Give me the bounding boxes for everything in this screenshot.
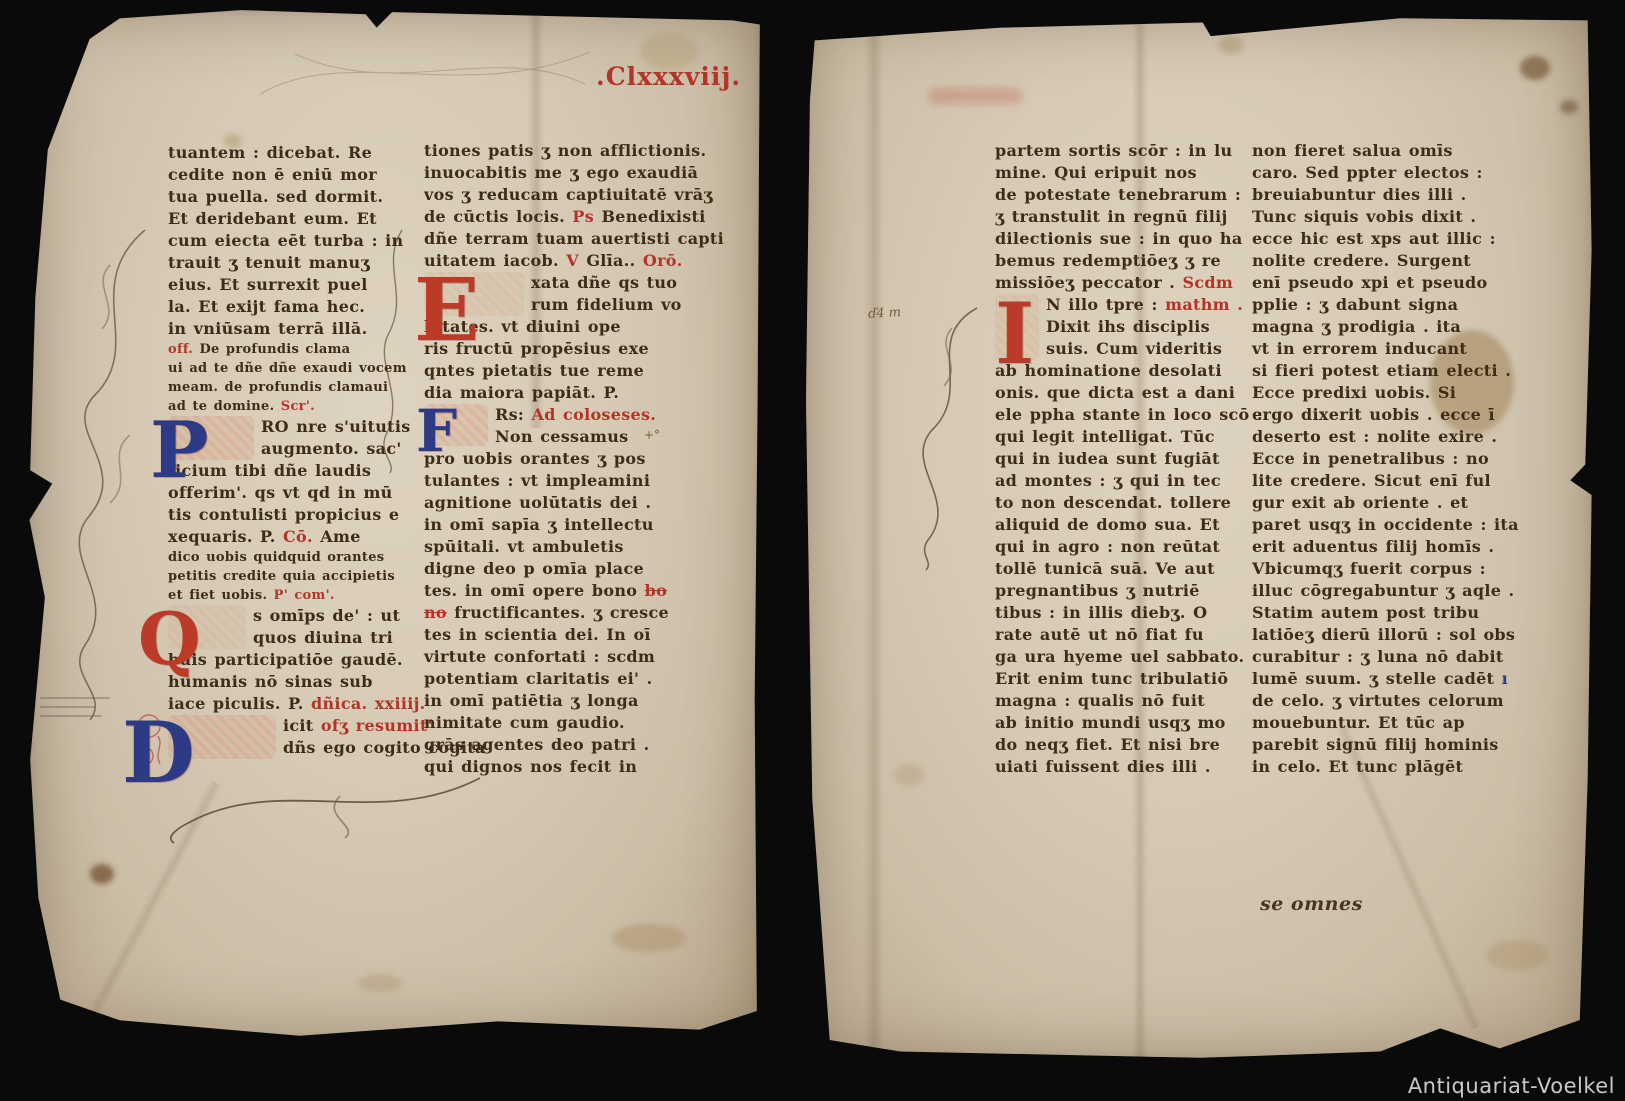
stain [612,924,686,952]
crease [88,780,222,1016]
text-segment: dico uobis quidquid orantes [168,550,384,565]
text-line: pregnantibus ʒ nutriē [995,580,1290,602]
text-segment: Et deridebant eum. Et [168,209,377,228]
text-line: tes. in omī opere bono bo [424,580,716,602]
text-segment: bemus redemptiōeʒ ʒ re [995,251,1221,270]
gloss-stroke [40,697,110,699]
text-line: lite credere. Sicut enī ful [1252,470,1544,492]
text-segment: Vbicumqʒ fuerit corpus : [1252,559,1486,578]
stain [358,974,402,992]
illuminated-initial: E [424,272,524,316]
stain [1560,100,1578,114]
text-line: off. De profundis clama [168,340,454,359]
text-line: latiōeʒ dierū illorū : sol obs [1252,624,1544,646]
text-line: Vbicumqʒ fuerit corpus : [1252,558,1544,580]
text-segment: ga ura hyeme uel sabbato. [995,647,1244,666]
text-line: iace piculis. P. dñica. xxiiij. [168,693,454,715]
text-segment: pplie : ʒ dabunt signa [1252,295,1458,314]
text-segment: in omī patiētia ʒ longa [424,691,639,710]
text-line: nimitate cum gaudio. [424,712,716,734]
text-line: enī pseudo xpi et pseudo [1252,272,1544,294]
text-segment: xequaris. P. [168,527,283,546]
text-line: partem sortis scōr : in lu [995,140,1290,162]
text-segment: no [424,603,447,622]
text-segment: de potestate tenebrarum : [995,185,1241,204]
text-line: FRs: Ad coloseses. [424,404,716,426]
text-line: grās agentes deo patri . [424,734,716,756]
text-segment: uiati fuissent dies illi . [995,757,1211,776]
text-line: offerim'. qs vt qd in mū [168,482,454,504]
text-line: non fieret salua omīs [1252,140,1544,162]
text-segment: cedite non ē eniū mor [168,165,377,184]
text-line: ab hominatione desolati [995,360,1290,382]
text-line: pro uobis orantes ʒ pos [424,448,716,470]
text-segment: in celo. Et tunc plāgēt [1252,757,1463,776]
text-segment: Cō. [283,527,320,546]
text-line: Exata dñe qs tuo [424,272,716,294]
text-segment: magna : qualis nō fuit [995,691,1205,710]
text-line: parebit signū filij hominis [1252,734,1544,756]
left-page-column-1: tuantem : dicebat. Recedite non ē eniū m… [168,142,454,759]
text-line: Dicit ofʒ resumit' [168,715,454,737]
text-line: paret usqʒ in occidente : ita [1252,514,1544,536]
text-segment: Glīa.. [586,251,643,270]
text-segment: Scr'. [281,399,315,414]
text-line: tollē tunicā suā. Ve aut [995,558,1290,580]
text-segment: aliquid de domo sua. Et [995,515,1220,534]
right-page-column-1: partem sortis scōr : in lumine. Qui erip… [995,140,1290,778]
text-segment: la. Et exijt fama hec. [168,297,365,316]
text-segment: curabitur : ʒ luna nō dabit [1252,647,1504,666]
text-line: buis participatiōe gaudē. [168,649,454,671]
text-segment: mouebuntur. Et tūc ap [1252,713,1465,732]
text-line: cum eiecta eēt turba : in [168,230,454,252]
text-segment: Scdm [1183,273,1234,292]
text-line: caro. Sed ppter electos : [1252,162,1544,184]
margin-annotation: ď4 m [868,305,902,322]
text-segment: tes. in omī opere bono [424,581,645,600]
text-line: in omī sapīa ʒ intellectu [424,514,716,536]
text-segment: nolite credere. Surgent [1252,251,1471,270]
text-segment: bo [645,581,667,600]
text-segment: virtute confortati : scdm [424,647,655,666]
text-segment: digne deo p omīa place [424,559,644,578]
illuminated-initial: P [168,416,254,460]
text-line: meam. de profundis clamaui [168,378,454,397]
text-segment: qntes pietatis tue reme [424,361,644,380]
text-segment: Benedixisti [601,207,705,226]
text-line: ficium tibi dñe laudis [168,460,454,482]
text-line: Dixit ihs disciplis [995,316,1290,338]
text-segment: ab initio mundi usqʒ mo [995,713,1226,732]
text-line: to non descendat. tollere [995,492,1290,514]
text-segment: non fieret salua omīs [1252,141,1453,160]
text-segment: RO nre s'uitutis [261,417,411,436]
stain [90,864,114,884]
text-segment: partem sortis scōr : in lu [995,141,1232,160]
text-line: si fieri potest etiam electi . [1252,360,1544,382]
text-line: ele ppha stante in loco scō : [995,404,1290,426]
text-line: curabitur : ʒ luna nō dabit [1252,646,1544,668]
text-line: ui ad te dñe dñe exaudi vocem [168,359,454,378]
illuminated-initial: D [168,715,276,759]
text-line: et fiet uobis. P' com'. [168,586,454,605]
text-segment: Non cessamus [495,427,628,446]
text-segment: meam. de profundis clamaui [168,380,388,395]
text-segment: tollē tunicā suā. Ve aut [995,559,1215,578]
text-segment: to non descendat. tollere [995,493,1231,512]
text-line: onis. que dicta est a dani [995,382,1290,404]
text-segment: petitis credite quia accipietis [168,569,395,584]
text-line: ʒ transtulit in regnū filij [995,206,1290,228]
text-line: do neqʒ fiet. Et nisi bre [995,734,1290,756]
text-segment: Ame [320,527,360,546]
text-line: digne deo p omīa place [424,558,716,580]
text-segment: vt in errorem inducant [1252,339,1467,358]
initial-letter: F [416,402,457,460]
illuminated-initial: Q [168,605,246,649]
text-line: Ecce in penetralibus : no [1252,448,1544,470]
text-line: mine. Qui eripuit nos [995,162,1290,184]
text-line: qui dignos nos fecit in [424,756,716,778]
text-line: PRO nre s'uitutis [168,416,454,438]
text-segment: ergo dixerit uobis . ecce ī [1252,405,1495,424]
text-line: deserto est : nolite exire . [1252,426,1544,448]
text-segment: do neqʒ fiet. Et nisi bre [995,735,1220,754]
text-segment: parebit signū filij hominis [1252,735,1499,754]
text-line: ad te domine. Scr'. [168,397,454,416]
text-line: pplie : ʒ dabunt signa [1252,294,1544,316]
text-segment: pregnantibus ʒ nutriē [995,581,1200,600]
text-segment: rate autē ut nō fiat fu [995,625,1204,644]
text-line: erit aduentus filij homīs . [1252,536,1544,558]
text-segment: tis contulisti propicius e [168,505,399,524]
text-line: rate autē ut nō fiat fu [995,624,1290,646]
text-line: xequaris. P. Cō. Ame [168,526,454,548]
text-segment: Statim autem post tribu [1252,603,1479,622]
text-segment: spūitali. vt ambuletis [424,537,624,556]
text-line: petitis credite quia accipietis [168,567,454,586]
text-segment: gur exit ab oriente . et [1252,493,1468,512]
text-line: cedite non ē eniū mor [168,164,454,186]
text-line: ergo dixerit uobis . ecce ī [1252,404,1544,426]
text-line: in vniūsam terrā illā. [168,318,454,340]
text-line: la. Et exijt fama hec. [168,296,454,318]
text-segment: in vniūsam terrā illā. [168,319,367,338]
text-segment: tuantem : dicebat. Re [168,143,372,162]
text-line: illuc cōgregabuntur ʒ aqle . [1252,580,1544,602]
text-line: suis. Cum videritis [995,338,1290,360]
stain [894,764,924,786]
text-line: de cūctis locis. Ps Benedixisti [424,206,716,228]
initial-letter: P [150,412,209,490]
text-line: ecce hic est xps aut illic : [1252,228,1544,250]
text-segment: suis. Cum videritis [1046,339,1222,358]
text-segment: Ecce predixi uobis. Si [1252,383,1456,402]
text-segment: tua puella. sed dormit. [168,187,383,206]
text-segment: Ps [572,207,601,226]
text-line: agnitione uolūtatis dei . [424,492,716,514]
text-line: humanis nō sinas sub [168,671,454,693]
text-segment: breuiabuntur dies illi . [1252,185,1467,204]
text-segment: mathm . [1165,295,1243,314]
text-segment: tulantes : vt impleamini [424,471,650,490]
text-segment: N illo tpre : [1046,295,1165,314]
text-segment: inuocabitis me ʒ ego exaudiā [424,163,698,182]
text-segment: lumē suum. ʒ stelle cadēt [1252,669,1502,688]
text-line: tulantes : vt impleamini [424,470,716,492]
text-line: qui legit intelligat. Tūc [995,426,1290,448]
stain [1486,940,1548,970]
text-segment: de cūctis locis. [424,207,572,226]
text-segment: caro. Sed ppter electos : [1252,163,1483,182]
text-line: Tunc siquis vobis dixit . [1252,206,1544,228]
text-line: mouebuntur. Et tūc ap [1252,712,1544,734]
text-segment: Dixit ihs disciplis [1046,317,1210,336]
text-line: qui in iudea sunt fugiāt [995,448,1290,470]
text-segment: onis. que dicta est a dani [995,383,1235,402]
text-segment: De profundis clama [199,342,350,357]
text-line: inuocabitis me ʒ ego exaudiā [424,162,716,184]
text-line: in omī patiētia ʒ longa [424,690,716,712]
text-line: de potestate tenebrarum : [995,184,1290,206]
text-line: no fructificantes. ʒ cresce [424,602,716,624]
manuscript-photo: tuantem : dicebat. Recedite non ē eniū m… [0,0,1625,1101]
text-line: nolite credere. Surgent [1252,250,1544,272]
text-segment: off. [168,342,199,357]
text-segment: ad montes : ʒ qui in tec [995,471,1221,490]
text-line: dñe terram tuam auertisti capti [424,228,716,250]
text-segment: augmento. sac' [261,439,402,458]
text-line: dia maiora papiāt. P. [424,382,716,404]
text-segment: illuc cōgregabuntur ʒ aqle . [1252,581,1514,600]
illuminated-initial: F [424,404,488,446]
text-segment: qui dignos nos fecit in [424,757,637,776]
text-line: ab initio mundi usqʒ mo [995,712,1290,734]
text-segment: si fieri potest etiam electi . [1252,361,1511,380]
watermark: Antiquariat-Voelkel [1408,1074,1615,1098]
text-segment: ʒ transtulit in regnū filij [995,207,1228,226]
text-line: de celo. ʒ virtutes celorum [1252,690,1544,712]
illuminated-initial: I [995,294,1039,360]
text-line: lumē suum. ʒ stelle cadēt ı [1252,668,1544,690]
text-segment: vos ʒ reducam captiuitatē vrāʒ [424,185,713,204]
text-segment: latiōeʒ dierū illorū : sol obs [1252,625,1515,644]
text-line: aliquid de domo sua. Et [995,514,1290,536]
gloss-stroke [40,706,95,708]
gloss-stroke [40,715,102,717]
text-line: spūitali. vt ambuletis [424,536,716,558]
text-line: qntes pietatis tue reme [424,360,716,382]
text-segment: icit [283,716,321,735]
text-line: Qs omīps de' : ut [168,605,454,627]
text-segment: qui legit intelligat. Tūc [995,427,1215,446]
text-line: tis contulisti propicius e [168,504,454,526]
text-line: breuiabuntur dies illi . [1252,184,1544,206]
text-line: Statim autem post tribu [1252,602,1544,624]
catchword: se omnes [1260,893,1363,915]
text-line: in celo. Et tunc plāgēt [1252,756,1544,778]
text-segment: tibus : in illis diebʒ. O [995,603,1207,622]
text-segment: mine. Qui eripuit nos [995,163,1197,182]
text-segment: Ad coloseses. [531,405,656,424]
text-segment: ui ad te dñe dñe exaudi vocem [168,361,407,376]
right-page-column-2: non fieret salua omīscaro. Sed ppter ele… [1252,140,1544,778]
text-segment: cum eiecta eēt turba : in [168,231,403,250]
text-segment: agnitione uolūtatis dei . [424,493,651,512]
text-segment: deserto est : nolite exire . [1252,427,1497,446]
text-line: Et deridebant eum. Et [168,208,454,230]
text-segment: magna ʒ prodigia . ita [1252,317,1461,336]
text-line: dico uobis quidquid orantes [168,548,454,567]
folio-number: .Clxxxviij. [596,62,741,91]
text-segment: buis participatiōe gaudē. [168,650,403,669]
text-segment: in omī sapīa ʒ intellectu [424,515,654,534]
text-segment: enī pseudo xpi et pseudo [1252,273,1487,292]
text-line: vos ʒ reducam captiuitatē vrāʒ [424,184,716,206]
stain [1520,56,1550,80]
text-segment: ı [1502,669,1508,688]
text-line: tiones patis ʒ non afflictionis. [424,140,716,162]
text-line: dilectionis sue : in quo ha [995,228,1290,250]
ink-bleedthrough [928,88,1023,104]
text-line: ga ura hyeme uel sabbato. [995,646,1290,668]
text-segment: grās agentes deo patri . [424,735,649,754]
text-line: tibus : in illis diebʒ. O [995,602,1290,624]
text-line: trauit ʒ tenuit manuʒ [168,252,454,274]
text-line: tuantem : dicebat. Re [168,142,454,164]
text-segment: trauit ʒ tenuit manuʒ [168,253,370,272]
text-segment: quos diuina tri [253,628,393,647]
text-segment: s omīps de' : ut [253,606,400,625]
text-line: Ecce predixi uobis. Si [1252,382,1544,404]
initial-letter: Q [138,603,201,675]
text-segment: Ecce in penetralibus : no [1252,449,1489,468]
text-segment: tiones patis ʒ non afflictionis. [424,141,706,160]
text-segment: Orō. [643,251,683,270]
text-segment: qui in agro : non reūtat [995,537,1220,556]
text-line: potentiam claritatis ei' . [424,668,716,690]
text-segment: nimitate cum gaudio. [424,713,625,732]
marginal-gloss [40,690,110,724]
text-segment: qui in iudea sunt fugiāt [995,449,1220,468]
text-segment: erit aduentus filij homīs . [1252,537,1494,556]
text-segment: P' com'. [274,588,335,603]
initial-letter: D [122,711,195,795]
text-segment: Rs: [495,405,531,424]
text-segment: Erit enim tunc tribulatiō [995,669,1228,688]
text-segment: ofʒ resumit' [321,716,433,735]
text-segment: de celo. ʒ virtutes celorum [1252,691,1504,710]
text-line: magna ʒ prodigia . ita [1252,316,1544,338]
text-segment: potentiam claritatis ei' . [424,669,653,688]
text-line: virtute confortati : scdm [424,646,716,668]
text-line: missiōeʒ peccator . Scdm [995,272,1290,294]
text-segment: fructificantes. ʒ cresce [447,603,669,622]
text-segment: Tunc siquis vobis dixit . [1252,207,1476,226]
text-segment: ele ppha stante in loco scō : [995,405,1263,424]
initial-letter: E [414,268,480,354]
text-segment: tes in scientia dei. In oī [424,625,651,644]
text-line: uiati fuissent dies illi . [995,756,1290,778]
text-segment: dñe terram tuam auertisti capti [424,229,724,248]
stain [1218,36,1244,54]
text-line: bemus redemptiōeʒ ʒ re [995,250,1290,272]
text-line: tes in scientia dei. In oī [424,624,716,646]
text-line: tua puella. sed dormit. [168,186,454,208]
text-line: eius. Et surrexit puel [168,274,454,296]
margin-mark: +° [644,428,660,442]
text-segment: dilectionis sue : in quo ha [995,229,1243,248]
text-segment: lite credere. Sicut enī ful [1252,471,1491,490]
left-page-column-2: tiones patis ʒ non afflictionis.inuocabi… [424,140,716,778]
text-segment: dñica. xxiiij. [311,694,426,713]
text-line: magna : qualis nō fuit [995,690,1290,712]
initial-letter: I [995,292,1035,376]
text-line: ad montes : ʒ qui in tec [995,470,1290,492]
text-line: qui in agro : non reūtat [995,536,1290,558]
text-line: gur exit ab oriente . et [1252,492,1544,514]
text-line: vt in errorem inducant [1252,338,1544,360]
text-segment: ecce hic est xps aut illic : [1252,229,1496,248]
text-segment: V [566,251,586,270]
text-segment: rum fidelium vo [531,295,682,314]
text-line: IN illo tpre : mathm . [995,294,1290,316]
text-segment: eius. Et surrexit puel [168,275,368,294]
text-segment: paret usqʒ in occidente : ita [1252,515,1519,534]
crease [864,12,884,1062]
text-segment: xata dñe qs tuo [531,273,677,292]
text-line: Erit enim tunc tribulatiō [995,668,1290,690]
